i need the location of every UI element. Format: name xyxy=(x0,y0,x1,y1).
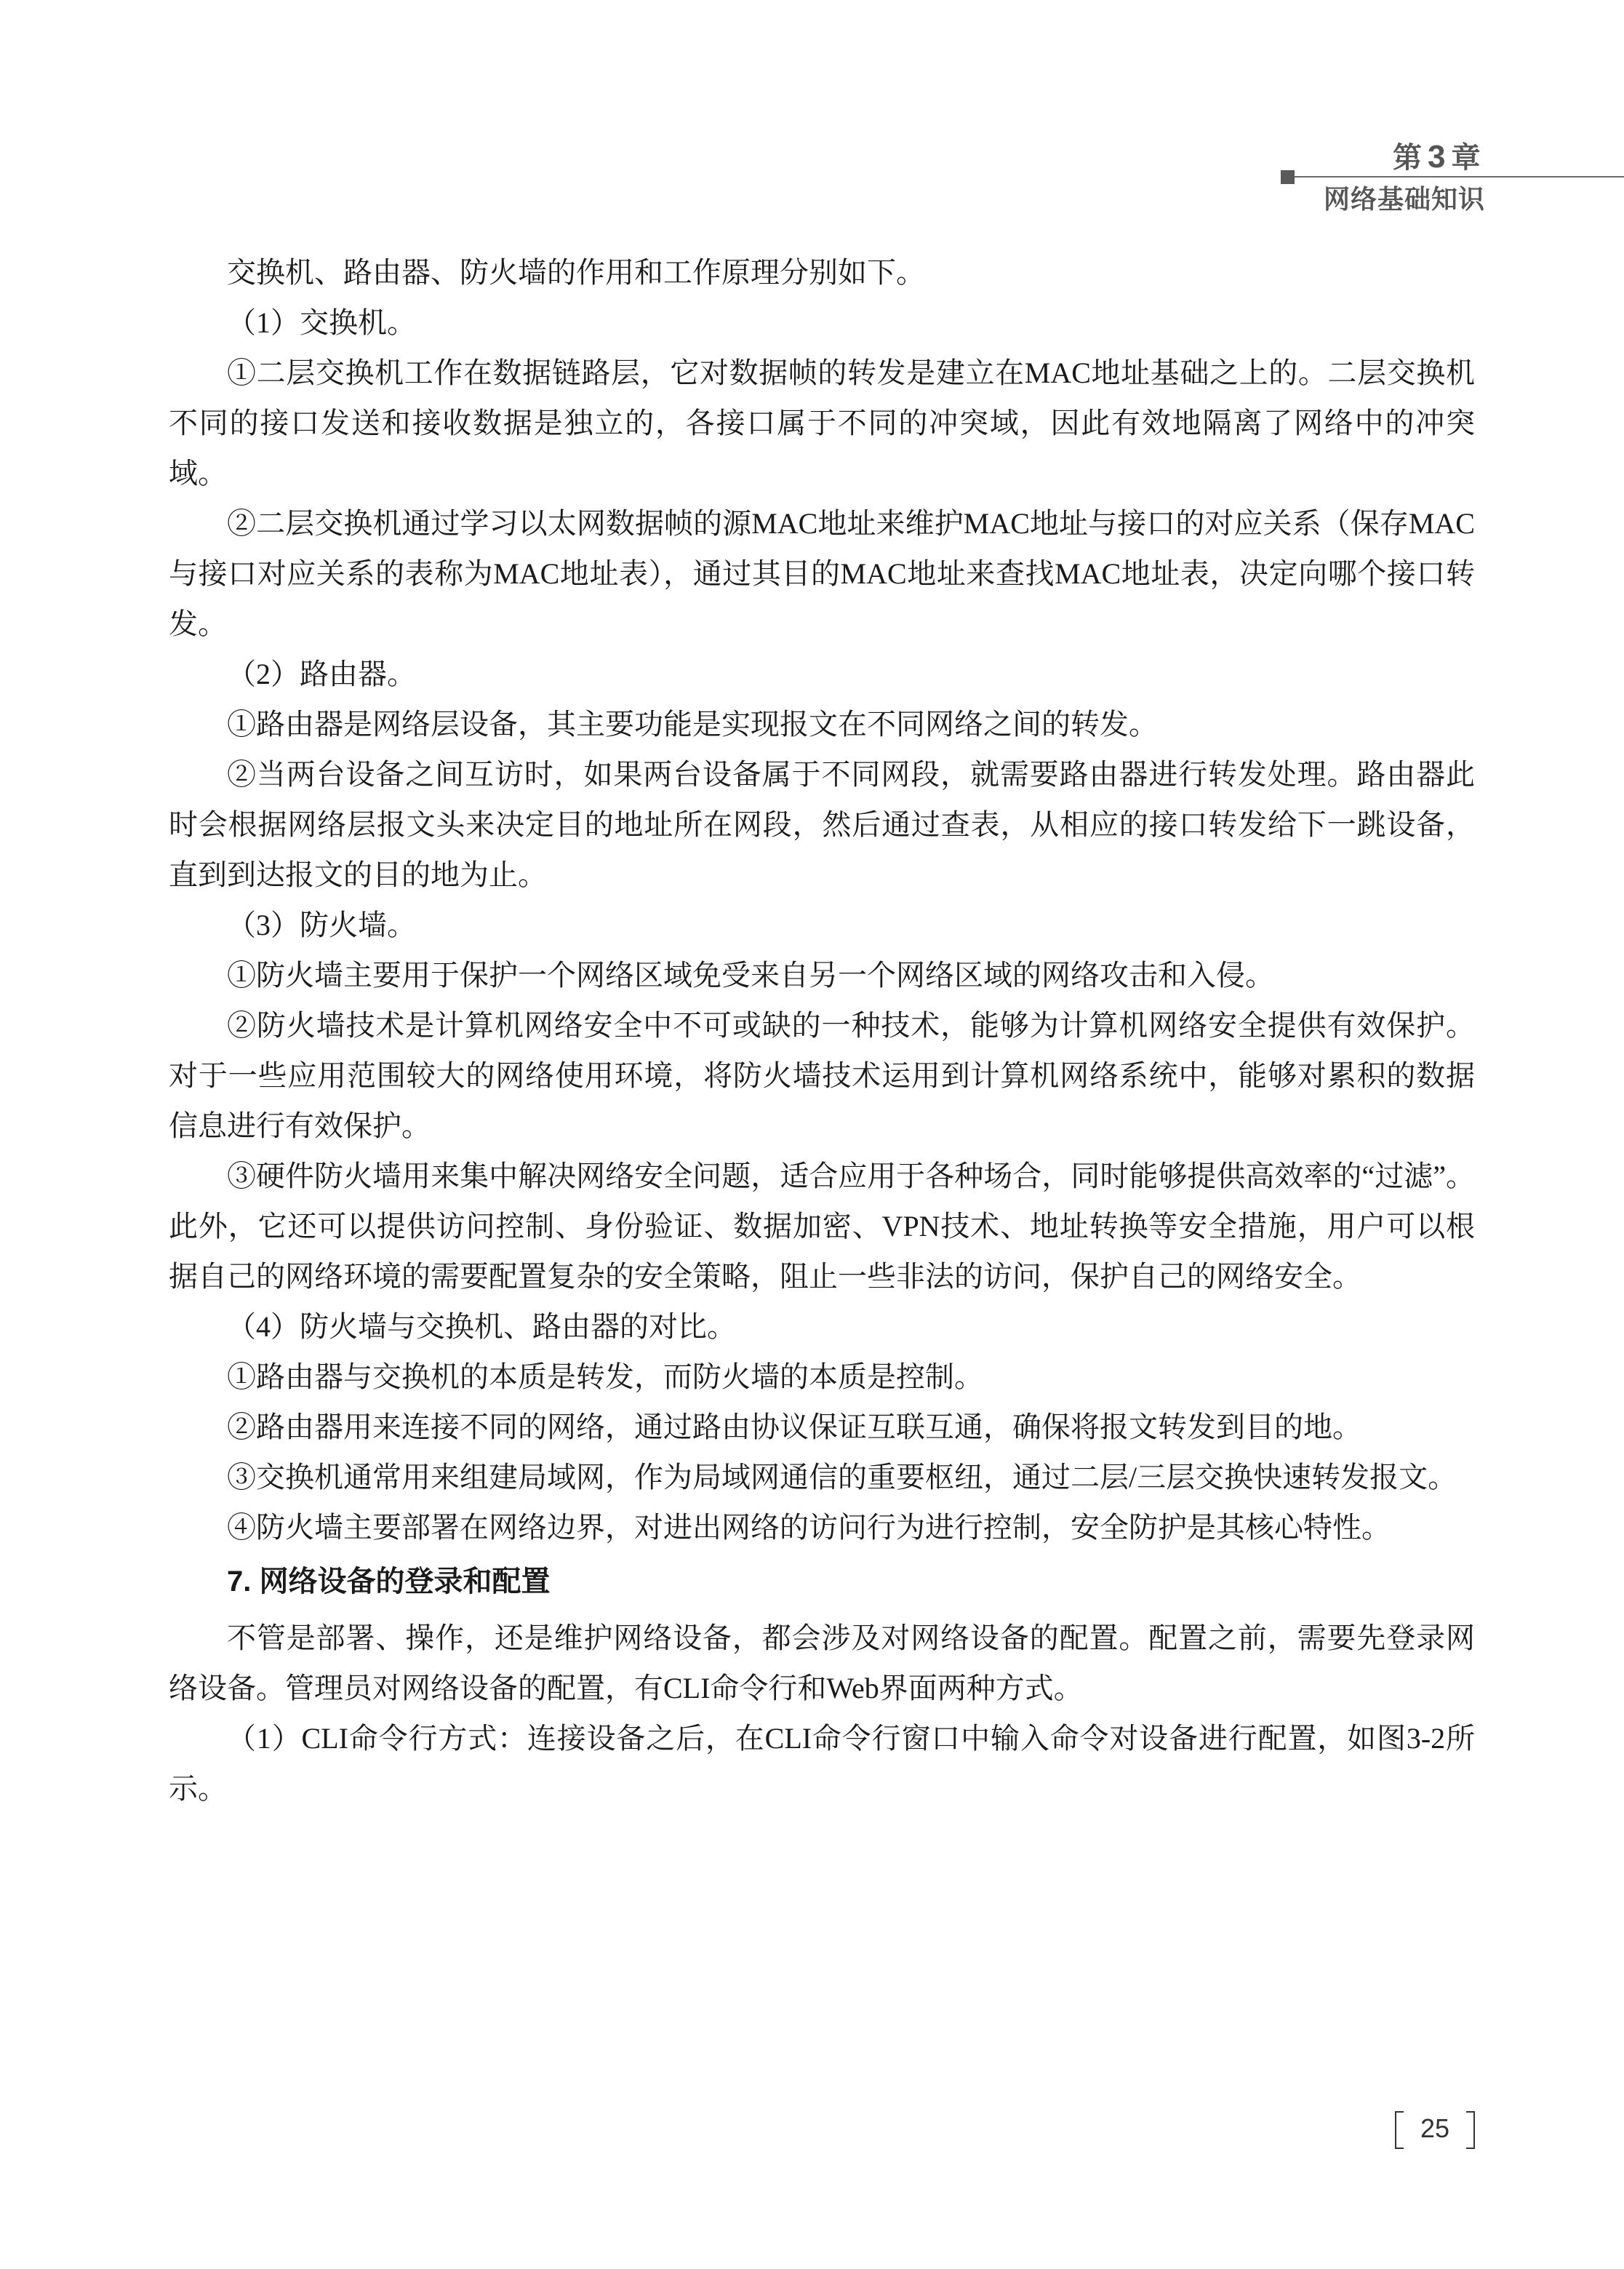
paragraph: ③硬件防火墙用来集中解决网络安全问题，适合应用于各种场合，同时能够提供高效率的“… xyxy=(169,1151,1475,1301)
paragraph: 不管是部署、操作，还是维护网络设备，都会涉及对网络设备的配置。配置之前，需要先登… xyxy=(169,1613,1475,1713)
subsection-title-router: （2）路由器。 xyxy=(169,649,1475,699)
chapter-number: 第3章 xyxy=(1393,135,1481,176)
paragraph: ①防火墙主要用于保护一个网络区域免受来自另一个网络区域的网络攻击和入侵。 xyxy=(169,950,1475,1000)
subsection-title-firewall: （3）防火墙。 xyxy=(169,900,1475,950)
page-body: 交换机、路由器、防火墙的作用和工作原理分别如下。 （1）交换机。 ①二层交换机工… xyxy=(169,247,1475,1814)
left-bracket-decoration xyxy=(1395,2111,1404,2149)
page-number: 25 xyxy=(1395,2111,1475,2146)
header-divider xyxy=(1295,176,1624,178)
paragraph: ②二层交换机通过学习以太网数据帧的源MAC地址来维护MAC地址与接口的对应关系（… xyxy=(169,498,1475,649)
subsection-title-switch: （1）交换机。 xyxy=(169,298,1475,348)
chapter-number-digit: 3 xyxy=(1428,139,1447,175)
paragraph: ④防火墙主要部署在网络边界，对进出网络的访问行为进行控制，安全防护是其核心特性。 xyxy=(169,1502,1475,1552)
paragraph: （1）CLI命令行方式：连接设备之后，在CLI命令行窗口中输入命令对设备进行配置… xyxy=(169,1713,1475,1814)
paragraph: ②当两台设备之间互访时，如果两台设备属于不同网段，就需要路由器进行转发处理。路由… xyxy=(169,749,1475,900)
paragraph: ①路由器是网络层设备，其主要功能是实现报文在不同网络之间的转发。 xyxy=(169,699,1475,749)
page-header: 第3章 网络基础知识 xyxy=(0,0,1624,218)
paragraph: ②防火墙技术是计算机网络安全中不可或缺的一种技术，能够为计算机网络安全提供有效保… xyxy=(169,1000,1475,1151)
paragraph: 交换机、路由器、防火墙的作用和工作原理分别如下。 xyxy=(169,247,1475,298)
paragraph: ①路由器与交换机的本质是转发，而防火墙的本质是控制。 xyxy=(169,1352,1475,1402)
chapter-prefix: 第 xyxy=(1393,142,1423,174)
chapter-title: 网络基础知识 xyxy=(1324,179,1485,216)
paragraph: ①二层交换机工作在数据链路层，它对数据帧的转发是建立在MAC地址基础之上的。二层… xyxy=(169,348,1475,498)
header-square-marker xyxy=(1281,170,1295,184)
chapter-suffix: 章 xyxy=(1451,142,1481,174)
page-number-value: 25 xyxy=(1420,2113,1449,2143)
right-bracket-decoration xyxy=(1466,2111,1475,2149)
subsection-title-comparison: （4）防火墙与交换机、路由器的对比。 xyxy=(169,1301,1475,1352)
paragraph: ②路由器用来连接不同的网络，通过路由协议保证互联互通，确保将报文转发到目的地。 xyxy=(169,1402,1475,1452)
section-heading: 7. 网络设备的登录和配置 xyxy=(169,1557,1475,1607)
paragraph: ③交换机通常用来组建局域网，作为局域网通信的重要枢纽，通过二层/三层交换快速转发… xyxy=(169,1452,1475,1502)
